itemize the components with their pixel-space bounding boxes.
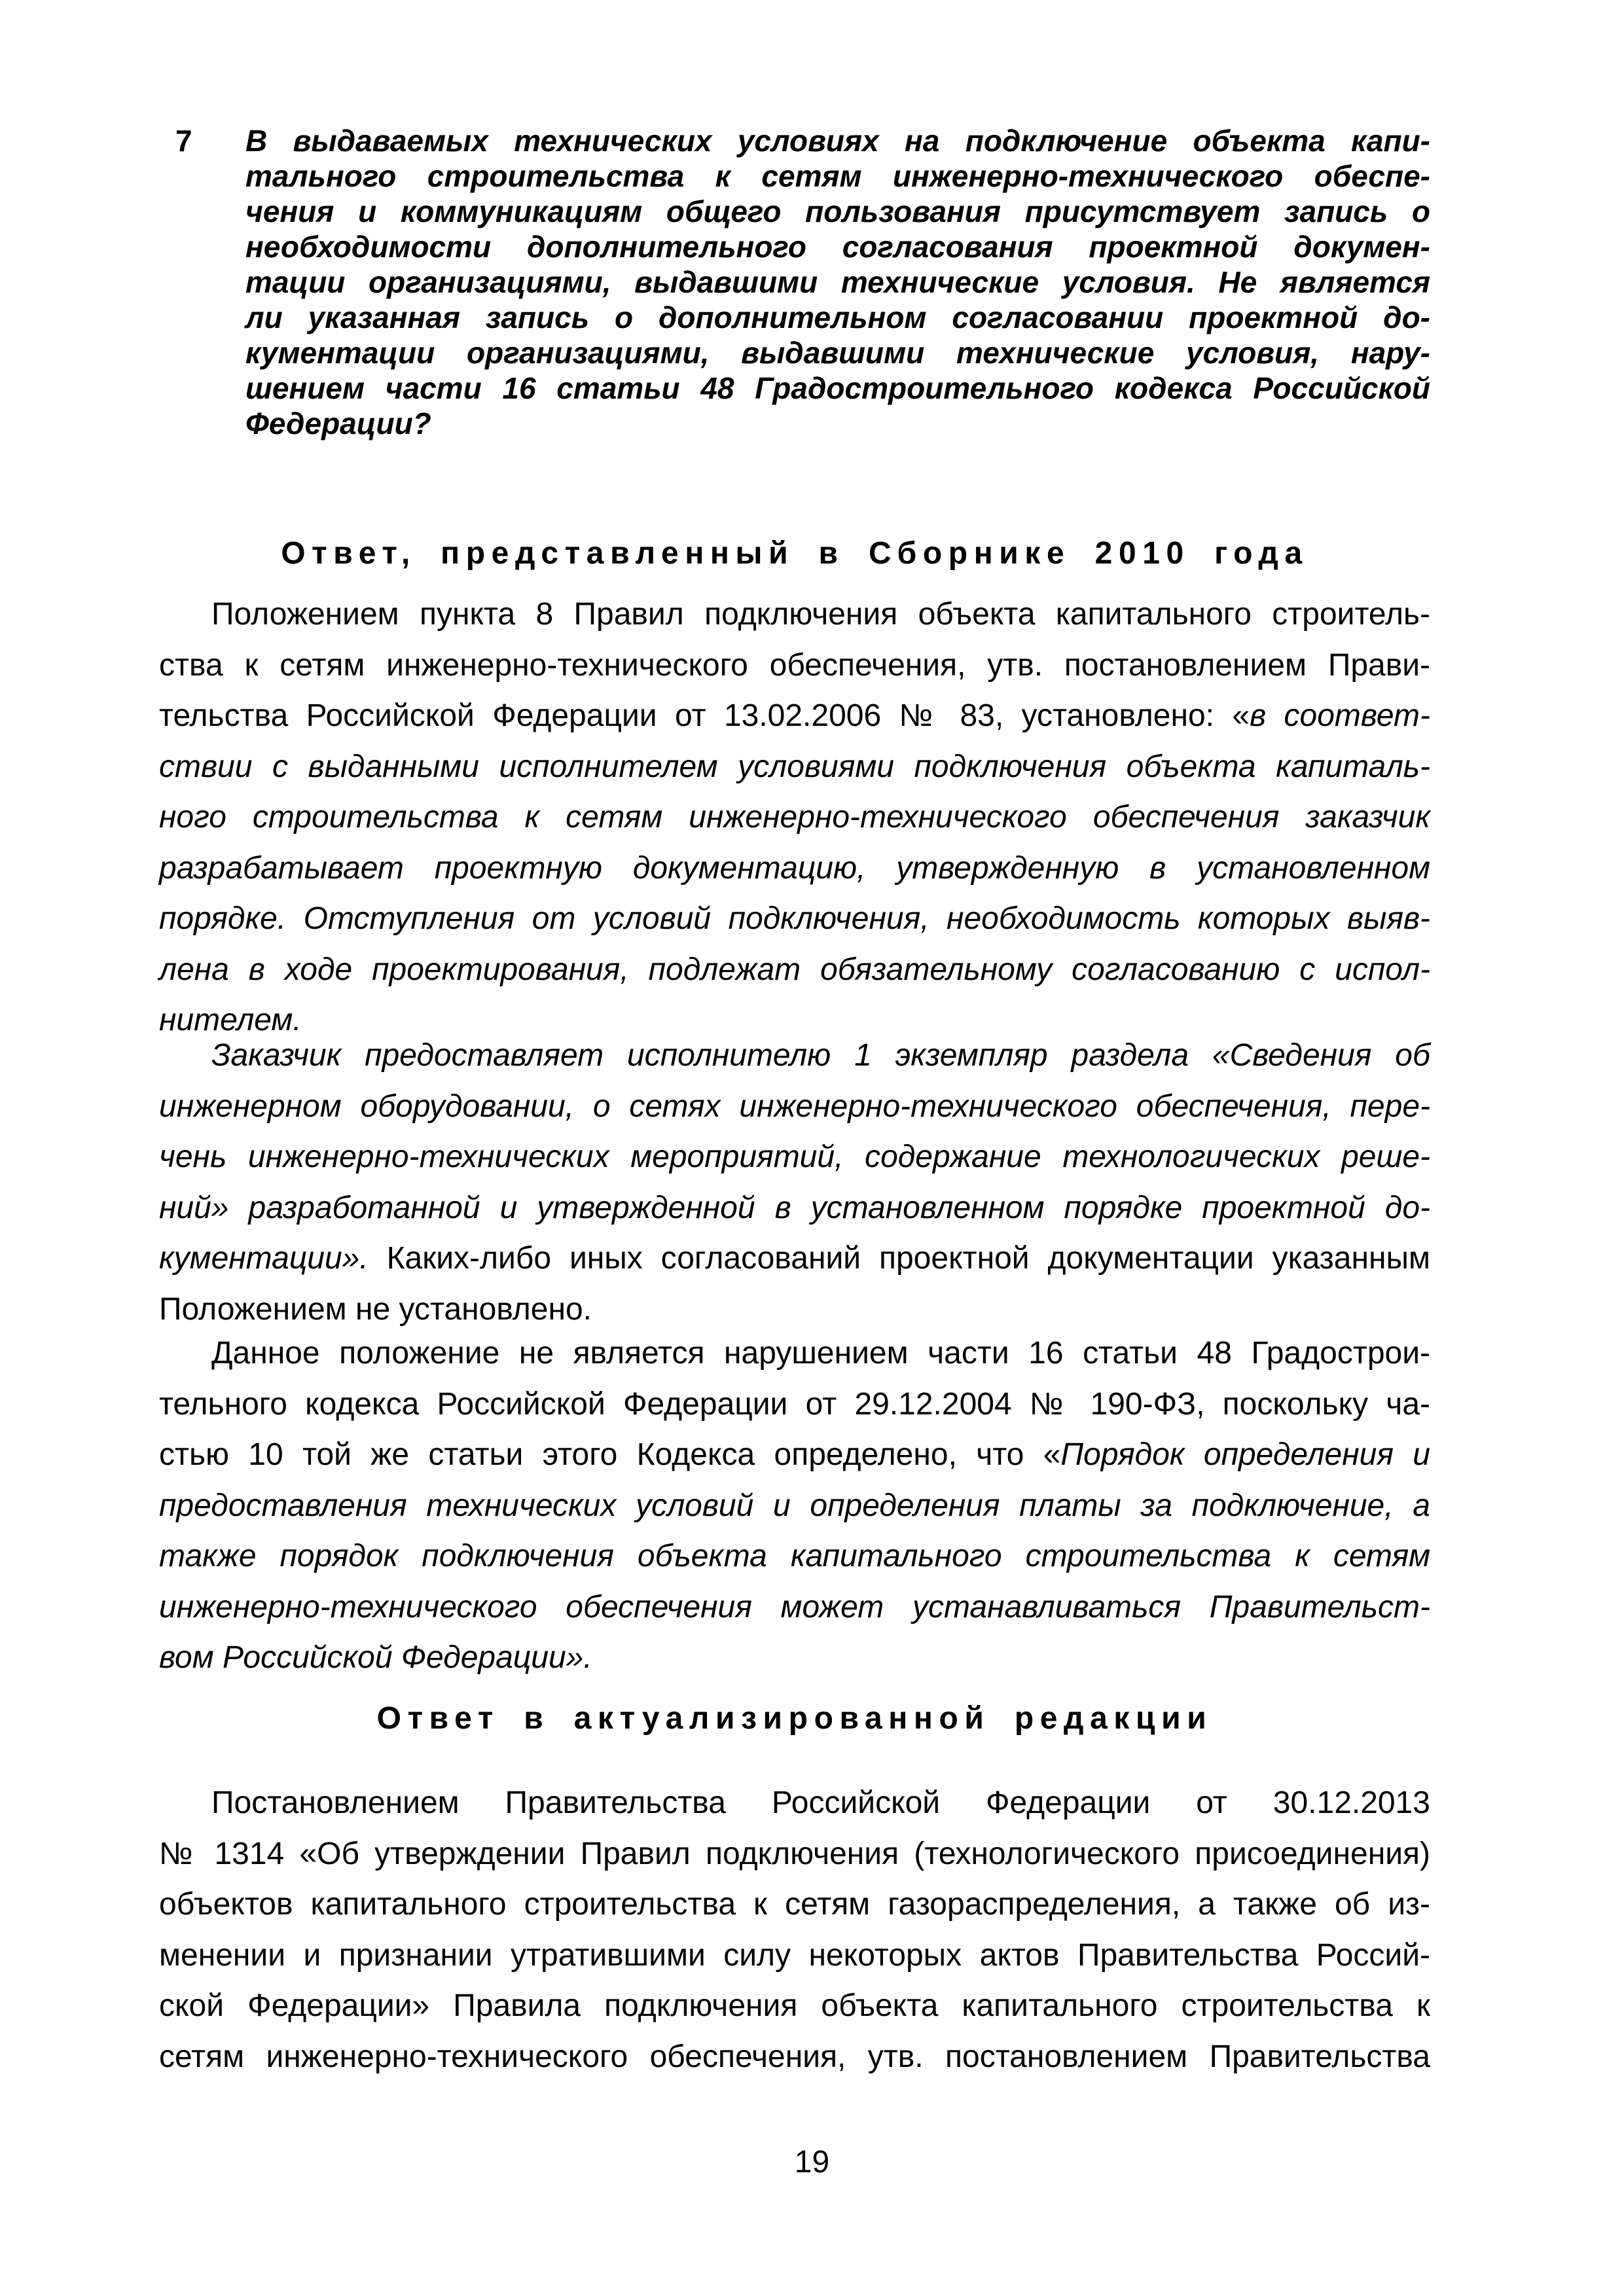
text-line: ного строительства к сетям инженерно-тех… [159, 792, 1430, 843]
text-run: ства к сетям инженерно-технического обес… [159, 648, 1430, 683]
question-text: В выдаваемых технических условиях на под… [245, 123, 1430, 441]
section-heading-2010-answer: Ответ, представленный в Сборнике 2010 го… [159, 535, 1430, 572]
text-run: Каких-либо иных согласований проектной д… [369, 1241, 1430, 1276]
text-run: кументации организациями, выдавшими техн… [245, 336, 1430, 370]
text-line: В выдаваемых технических условиях на под… [245, 123, 1430, 158]
text-run: необходимости дополнительного согласован… [245, 230, 1430, 264]
text-line: кументации организациями, выдавшими техн… [245, 335, 1430, 370]
text-run: ствии с выданными исполнителем условиями… [159, 749, 1430, 784]
text-run: ской Федерации» Правила подключения объе… [159, 1988, 1430, 2023]
text-line: ской Федерации» Правила подключения объе… [159, 1981, 1430, 2032]
text-line: ствии с выданными исполнителем условиями… [159, 742, 1430, 793]
text-run: лена в ходе проектирования, подлежат обя… [159, 952, 1430, 987]
text-run: порядке. Отступления от условий подключе… [159, 901, 1430, 936]
text-line: также порядок подключения объекта капита… [159, 1531, 1430, 1582]
text-line: вом Российской Федерации». [159, 1632, 1430, 1683]
text-line: тельства Российской Федерации от 13.02.2… [159, 691, 1430, 742]
text-run: тельного кодекса Российской Федерации от… [159, 1387, 1430, 1422]
text-line: порядке. Отступления от условий подключе… [159, 893, 1430, 944]
text-run: Федерации? [245, 406, 431, 440]
text-line: тации организациями, выдавшими техническ… [245, 264, 1430, 300]
text-run: № 1314 «Об утверждении Правил подключени… [159, 1837, 1430, 1871]
text-run: инженерном оборудовании, о сетях инженер… [159, 1089, 1430, 1124]
question-number: 7 [175, 123, 245, 158]
page-number: 19 [0, 2144, 1624, 2181]
text-line: Постановлением Правительства Российской … [159, 1778, 1430, 1829]
text-line: стью 10 той же статьи этого Кодекса опре… [159, 1429, 1430, 1480]
text-line: менении и признании утратившими силу нек… [159, 1930, 1430, 1981]
paragraph-answer2010-2: Заказчик предоставляет исполнителю 1 экз… [159, 1030, 1430, 1335]
text-line: объектов капитального строительства к се… [159, 1879, 1430, 1930]
text-line: Положением пункта 8 Правил подключения о… [159, 589, 1430, 640]
text-line: инженерно-технического обеспечения может… [159, 1582, 1430, 1633]
text-run: Положением пункта 8 Правил подключения о… [211, 597, 1430, 632]
text-run: В выдаваемых технических условиях на под… [245, 124, 1430, 158]
text-line: ли указанная запись о дополнительном сог… [245, 300, 1430, 335]
text-run: тельства Российской Федерации от 13.02.2… [159, 698, 1250, 733]
text-line: инженерном оборудовании, о сетях инженер… [159, 1081, 1430, 1132]
text-run: вом Российской Федерации». [159, 1640, 592, 1675]
paragraph-answer2010-1: Положением пункта 8 Правил подключения о… [159, 589, 1430, 1046]
text-line: сетям инженерно-технического обеспечения… [159, 2032, 1430, 2083]
text-line: ний» разработанной и утвержденной в уста… [159, 1183, 1430, 1234]
text-run: инженерно-технического обеспечения может… [159, 1590, 1430, 1624]
text-run: чень инженерно-технических мероприятий, … [159, 1139, 1430, 1174]
paragraph-answer2010-3: Данное положение не является нарушением … [159, 1328, 1430, 1683]
text-run: предоставления технических условий и опр… [159, 1488, 1430, 1523]
text-line: чень инженерно-технических мероприятий, … [159, 1132, 1430, 1183]
text-line: предоставления технических условий и опр… [159, 1480, 1430, 1532]
text-line: Положением не установлено. [159, 1284, 1430, 1335]
text-line: ства к сетям инженерно-технического обес… [159, 640, 1430, 691]
text-line: кументации». Каких-либо иных согласовани… [159, 1233, 1430, 1284]
text-line: шением части 16 статьи 48 Градостроитель… [245, 370, 1430, 406]
text-run: разрабатывает проектную документацию, ут… [159, 851, 1430, 886]
text-line: разрабатывает проектную документацию, ут… [159, 843, 1430, 894]
section-heading-updated-answer: Ответ в актуализированной редакции [159, 1700, 1430, 1737]
text-line: чения и коммуникациям общего пользования… [245, 194, 1430, 229]
text-run: стью 10 той же статьи этого Кодекса опре… [159, 1437, 1060, 1472]
text-run: в соответ- [1250, 698, 1430, 733]
text-line: необходимости дополнительного согласован… [245, 229, 1430, 264]
text-line: № 1314 «Об утверждении Правил подключени… [159, 1829, 1430, 1880]
text-run: Постановлением Правительства Российской … [211, 1785, 1430, 1820]
text-run: сетям инженерно-технического обеспечения… [159, 2039, 1430, 2074]
text-run: Порядок определения и [1060, 1437, 1430, 1472]
text-line: тельного кодекса Российской Федерации от… [159, 1379, 1430, 1430]
text-line: Федерации? [245, 406, 1430, 441]
text-line: Данное положение не является нарушением … [159, 1328, 1430, 1379]
text-line: Заказчик предоставляет исполнителю 1 экз… [159, 1030, 1430, 1081]
text-run: объектов капитального строительства к се… [159, 1887, 1430, 1922]
document-page: 7 В выдаваемых технических условиях на п… [0, 0, 1624, 2296]
text-run: ний» разработанной и утвержденной в уста… [159, 1191, 1430, 1225]
text-run: Положением не установлено. [159, 1292, 592, 1327]
text-run: шением части 16 статьи 48 Градостроитель… [245, 371, 1430, 405]
text-run: менении и признании утратившими силу нек… [159, 1938, 1430, 1973]
text-run: кументации». [159, 1241, 369, 1276]
text-run: ли указанная запись о дополнительном сог… [245, 300, 1430, 334]
text-run: ного строительства к сетям инженерно-тех… [159, 800, 1430, 834]
text-run: Данное положение не является нарушением … [211, 1336, 1430, 1371]
text-run: тального строительства к сетям инженерно… [245, 159, 1430, 193]
text-run: тации организациями, выдавшими техническ… [245, 265, 1430, 299]
text-run: Заказчик предоставляет исполнителю 1 экз… [211, 1038, 1430, 1073]
paragraph-updated-answer-1: Постановлением Правительства Российской … [159, 1778, 1430, 2082]
question-block: 7 В выдаваемых технических условиях на п… [175, 123, 1430, 441]
text-run: чения и коммуникациям общего пользования… [245, 194, 1430, 228]
text-run: также порядок подключения объекта капита… [159, 1539, 1430, 1573]
text-line: лена в ходе проектирования, подлежат обя… [159, 944, 1430, 996]
text-line: тального строительства к сетям инженерно… [245, 158, 1430, 194]
